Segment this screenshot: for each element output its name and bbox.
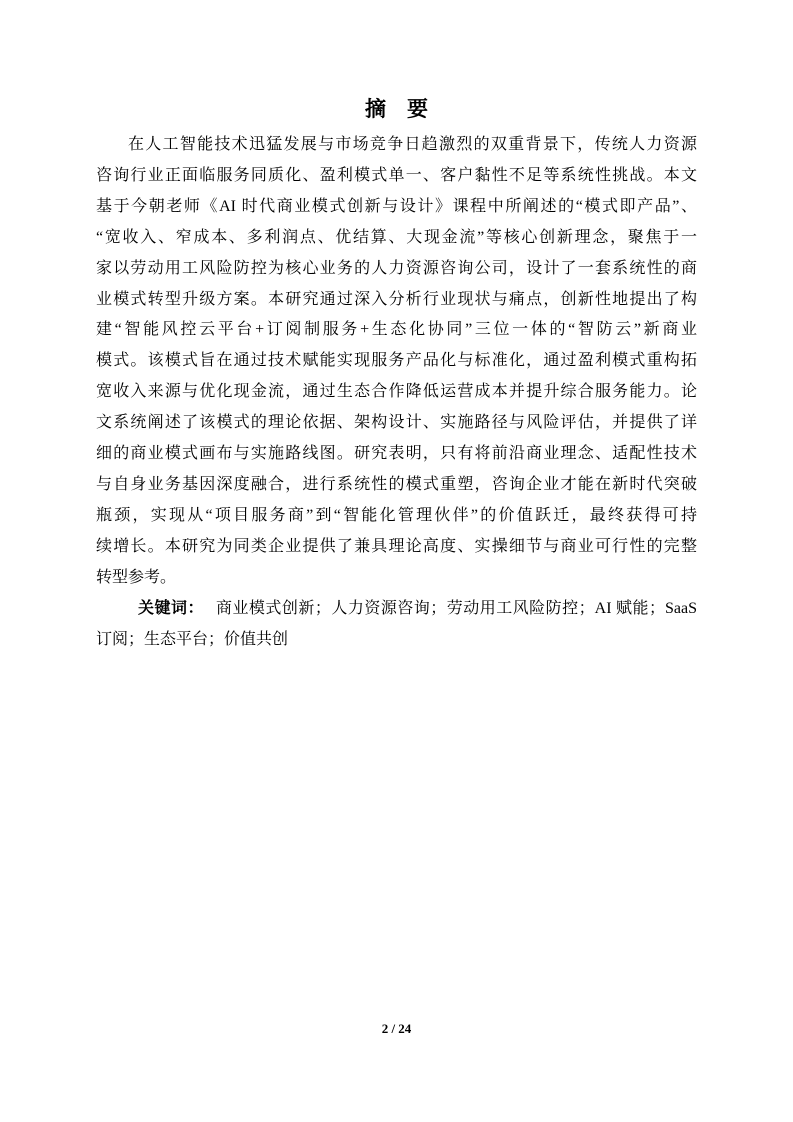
abstract-line: “宽收入、窄成本、多利润点、优结算、大现金流”等核心创新理念，聚焦于一 bbox=[96, 223, 697, 254]
abstract-line: 续增长。本研究为同类企业提供了兼具理论高度、实操细节与商业可行性的完整 bbox=[96, 532, 697, 563]
abstract-line: 文系统阐述了该模式的理论依据、架构设计、实施路径与风险评估，并提供了详 bbox=[96, 408, 697, 439]
abstract-line: 模式。该模式旨在通过技术赋能实现服务产品化与标准化，通过盈利模式重构拓 bbox=[96, 346, 697, 377]
abstract-line: 瓶颈，实现从“项目服务商”到“智能化管理伙伴”的价值跃迁，最终获得可持 bbox=[96, 501, 697, 532]
page-number: 2 / 24 bbox=[0, 1021, 793, 1037]
abstract-line: 转型参考。 bbox=[96, 563, 697, 594]
abstract-body: 在人工智能技术迅猛发展与市场竞争日趋激烈的双重背景下，传统人力资源 咨询行业正面… bbox=[96, 130, 697, 655]
keywords-text-line1: 商业模式创新；人力资源咨询；劳动用工风险防控；AI 赋能；SaaS bbox=[216, 600, 697, 617]
document-page: 摘 要 在人工智能技术迅猛发展与市场竞争日趋激烈的双重背景下，传统人力资源 咨询… bbox=[0, 0, 793, 1122]
abstract-line: 家以劳动用工风险防控为核心业务的人力资源咨询公司，设计了一套系统性的商 bbox=[96, 254, 697, 285]
abstract-line: 宽收入来源与优化现金流，通过生态合作降低运营成本并提升综合服务能力。论 bbox=[96, 377, 697, 408]
abstract-line: 在人工智能技术迅猛发展与市场竞争日趋激烈的双重背景下，传统人力资源 bbox=[96, 130, 697, 161]
keywords-text-line2: 订阅；生态平台；价值共创 bbox=[96, 625, 697, 656]
abstract-title: 摘 要 bbox=[0, 96, 793, 124]
abstract-line: 业模式转型升级方案。本研究通过深入分析行业现状与痛点，创新性地提出了构 bbox=[96, 285, 697, 316]
abstract-line: 建“智能风控云平台+订阅制服务+生态化协同”三位一体的“智防云”新商业 bbox=[96, 315, 697, 346]
keywords-label: 关键词： bbox=[138, 600, 216, 617]
abstract-line: 咨询行业正面临服务同质化、盈利模式单一、客户黏性不足等系统性挑战。本文 bbox=[96, 161, 697, 192]
abstract-line: 基于今朝老师《AI 时代商业模式创新与设计》课程中所阐述的“模式即产品”、 bbox=[96, 192, 697, 223]
abstract-line: 与自身业务基因深度融合，进行系统性的模式重塑，咨询企业才能在新时代突破 bbox=[96, 470, 697, 501]
keywords-line: 关键词：商业模式创新；人力资源咨询；劳动用工风险防控；AI 赋能；SaaS bbox=[96, 594, 697, 625]
abstract-line: 细的商业模式画布与实施路线图。研究表明，只有将前沿商业理念、适配性技术 bbox=[96, 439, 697, 470]
